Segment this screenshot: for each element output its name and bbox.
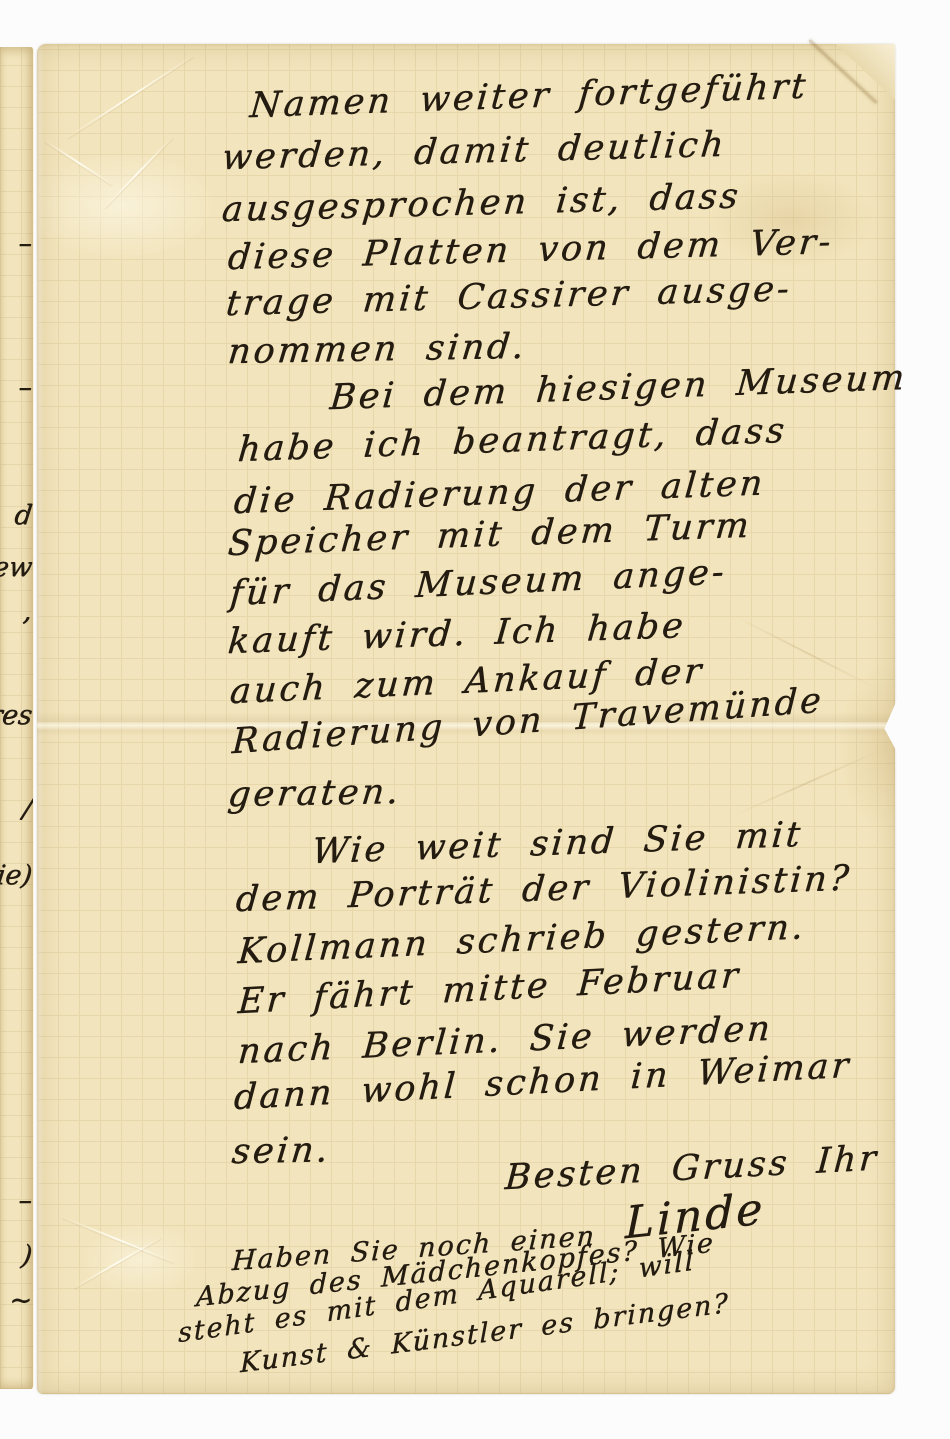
handwriting-line: habe ich beantragt, dass: [236, 411, 788, 470]
folded-corner: [829, 44, 895, 106]
handwriting-line: werden, damit deutlich: [220, 125, 728, 178]
ink-fragment: ~: [0, 1285, 34, 1316]
ink-fragment: –: [0, 228, 34, 259]
letter-sheet: Namen weiter fortgeführt werden, damit d…: [37, 44, 895, 1394]
fold-crease: [73, 1237, 161, 1289]
handwriting-line: ausgesprochen ist, dass: [220, 176, 743, 230]
ink-fragment: rew: [0, 552, 34, 583]
ink-fragment: hie): [0, 860, 34, 891]
fold-crease: [734, 750, 881, 817]
handwriting-line: geraten.: [226, 772, 403, 815]
ink-fragment: d: [0, 500, 34, 531]
fold-crease: [67, 55, 194, 138]
closing-line: Besten Gruss Ihr: [504, 1138, 881, 1198]
ink-fragment: res: [0, 700, 34, 731]
handwriting-line: trage mit Cassirer ausge-: [224, 269, 794, 324]
ink-fragment: /: [0, 793, 34, 824]
scanned-letter-image: – – d rew , res / hie) – ) ~ Namen weite…: [0, 0, 950, 1439]
ink-fragment: ): [0, 1240, 34, 1271]
handwriting-line: nommen sind.: [226, 327, 529, 372]
adjacent-page-edge: – – d rew , res / hie) – ) ~: [0, 47, 34, 1389]
handwriting-line: Namen weiter fortgeführt: [248, 66, 810, 126]
ink-fragment: –: [0, 372, 34, 403]
fold-crease: [735, 616, 878, 690]
handwriting-line: für das Museum ange-: [228, 552, 728, 614]
handwriting-line: sein.: [230, 1130, 333, 1172]
fold-crease: [45, 140, 113, 185]
ink-fragment: –: [0, 1185, 34, 1216]
handwriting-line: kauft wird. Ich habe: [226, 606, 687, 662]
ink-fragment: ,: [0, 596, 34, 627]
fold-crease: [103, 137, 173, 209]
